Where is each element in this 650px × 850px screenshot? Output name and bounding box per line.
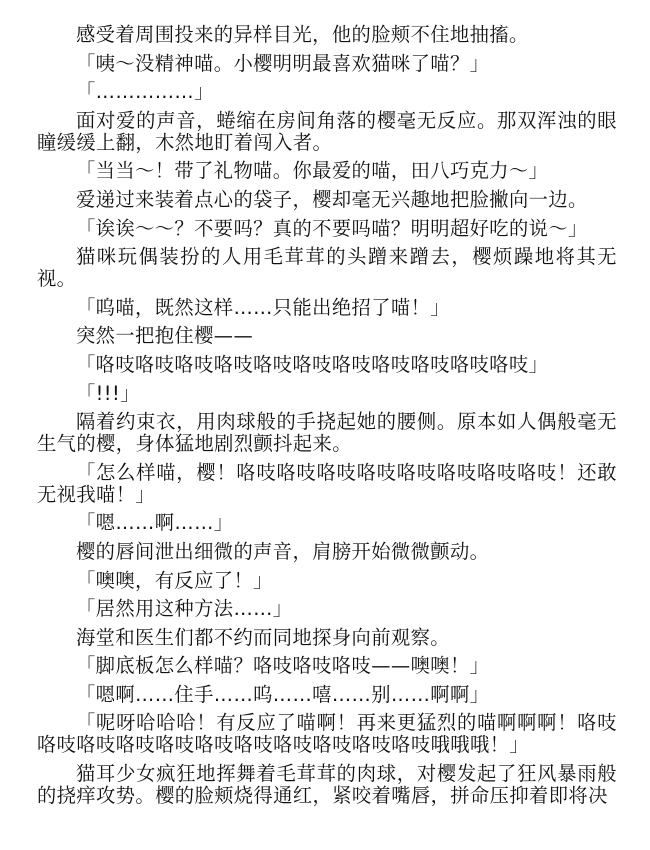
- paragraph: 海堂和医生们都不约而同地探身向前观察。: [37, 627, 617, 649]
- paragraph: 「当当～！带了礼物喵。你最爱的喵，田八巧克力～」: [37, 160, 617, 182]
- document-page: 感受着周围投来的异样目光，他的脸颊不住地抽搐。 「咦～没精神喵。小樱明明最喜欢猫…: [37, 24, 617, 814]
- paragraph: 「……………」: [37, 81, 617, 103]
- paragraph: 「脚底板怎么样喵？咯吱咯吱咯吱——噢噢！」: [37, 655, 617, 677]
- paragraph: 猫咪玩偶装扮的人用毛茸茸的头蹭来蹭去，樱烦躁地将其无视。: [37, 246, 617, 290]
- paragraph: 「噢噢，有反应了！」: [37, 570, 617, 592]
- paragraph: 「咯吱咯吱咯吱咯吱咯吱咯吱咯吱咯吱咯吱咯吱咯吱」: [37, 354, 617, 376]
- paragraph: 「居然用这种方法……」: [37, 598, 617, 620]
- paragraph: 突然一把抱住樱——: [37, 325, 617, 347]
- paragraph: 「呢呀哈哈哈！有反应了喵啊！再来更猛烈的喵啊啊啊！咯吱咯吱咯吱咯吱咯吱咯吱咯吱咯…: [37, 712, 617, 756]
- paragraph: 「咦～没精神喵。小樱明明最喜欢猫咪了喵？」: [37, 53, 617, 75]
- paragraph: 「!!!」: [37, 383, 617, 405]
- paragraph: 猫耳少女疯狂地挥舞着毛茸茸的肉球，对樱发起了狂风暴雨般的挠痒攻势。樱的脸颊烧得通…: [37, 763, 617, 807]
- paragraph: 爱递过来装着点心的袋子，樱却毫无兴趣地把脸撇向一边。: [37, 189, 617, 211]
- paragraph: 感受着周围投来的异样目光，他的脸颊不住地抽搐。: [37, 24, 617, 46]
- paragraph: 「诶诶～～？不要吗？真的不要吗喵？明明超好吃的说～」: [37, 218, 617, 240]
- paragraph: 樱的唇间泄出细微的声音，肩膀开始微微颤动。: [37, 541, 617, 563]
- paragraph: 「怎么样喵，樱！咯吱咯吱咯吱咯吱咯吱咯吱咯吱咯吱！还敢无视我喵！」: [37, 462, 617, 506]
- paragraph: 隔着约束衣，用肉球般的手挠起她的腰侧。原本如人偶般毫无生气的樱，身体猛地剧烈颤抖…: [37, 411, 617, 455]
- paragraph: 「呜喵，既然这样……只能出绝招了喵！」: [37, 297, 617, 319]
- paragraph: 「嗯……啊……」: [37, 512, 617, 534]
- paragraph: 「嗯啊……住手……呜……嘻……别……啊啊」: [37, 684, 617, 706]
- paragraph: 面对爱的声音，蜷缩在房间角落的樱毫无反应。那双浑浊的眼瞳缓缓上翻，木然地盯着闯入…: [37, 110, 617, 154]
